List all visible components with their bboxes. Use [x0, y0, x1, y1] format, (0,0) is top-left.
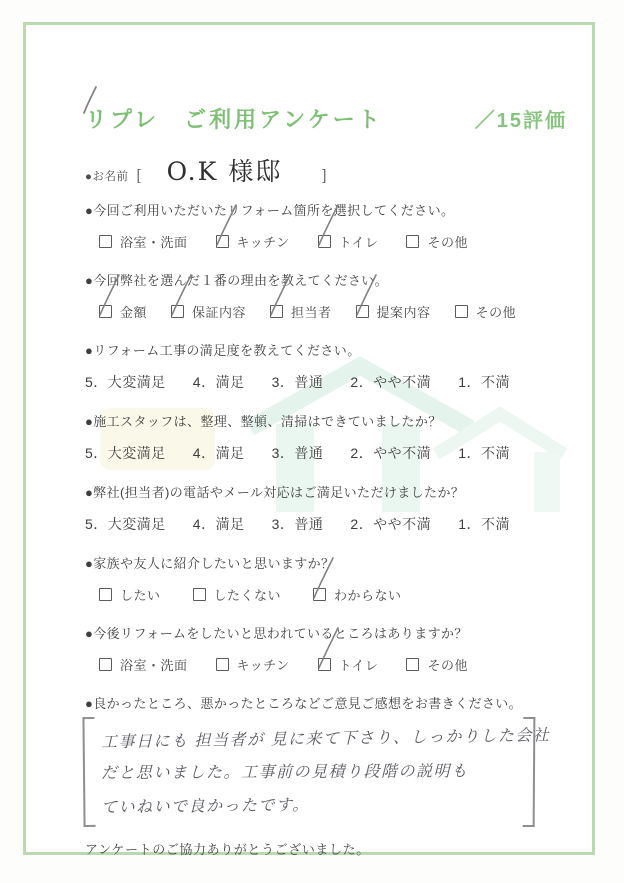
open-bracket: [ [136, 167, 140, 184]
option-label: トイレ [339, 655, 379, 674]
checkbox-option[interactable]: 金額 [99, 302, 147, 321]
rating-sep: ． [359, 514, 374, 534]
checkbox-icon[interactable] [216, 658, 229, 671]
rating-sep: ． [93, 372, 108, 392]
question-staff-tidiness: ●施工スタッフは、整理、整頓、清掃はできていましたか？ 5．大変満足 4．満足 … [85, 413, 567, 463]
rating-number[interactable]: 3 [272, 374, 280, 390]
question-label: ●今回弊社を選んだ１番の理由を教えてください。 [85, 272, 567, 290]
question-label: ●良かったところ、悪かったところなどご意見ご感想をお書きください。 [85, 695, 567, 713]
option-label: したくない [214, 585, 282, 604]
checkbox-checked-icon[interactable] [216, 235, 229, 248]
handwriting-line: だと思いました。工事前の見積り段階の説明も [101, 755, 521, 790]
rating-option[interactable]: 5．大変満足 [85, 443, 166, 463]
question-comments: ●良かったところ、悪かったところなどご意見ご感想をお書きください。 工事日にも … [85, 695, 567, 829]
checkbox-icon[interactable] [406, 658, 419, 671]
checkbox-checked-icon[interactable] [313, 588, 326, 601]
rating-option[interactable]: 3．普通 [272, 443, 324, 463]
header: リプレ ご利用アンケート ／15評価 [85, 103, 567, 134]
rating-option[interactable]: 1．不満 [458, 372, 510, 392]
rating-label: 満足 [216, 443, 245, 463]
rating-number-checked[interactable]: 5 [85, 374, 93, 390]
rating-label: やや不満 [373, 514, 431, 534]
score-label: ／15評価 [475, 104, 567, 133]
checkbox-icon[interactable] [455, 305, 468, 318]
question-label: ●施工スタッフは、整理、整頓、清掃はできていましたか？ [85, 413, 567, 431]
option-label: その他 [427, 232, 468, 251]
checkbox-option[interactable]: 提案内容 [356, 302, 431, 321]
checkbox-icon[interactable] [193, 588, 206, 601]
option-label: したい [120, 585, 161, 604]
rating-label: やや不満 [373, 443, 431, 463]
comment-box[interactable]: 工事日にも 担当者が 見に来て下さり、しっかりした会社 だと思いました。工事前の… [83, 717, 535, 829]
rating-label: 普通 [294, 372, 323, 392]
checkbox-checked-icon[interactable] [171, 305, 184, 318]
rating-number[interactable]: 1 [458, 516, 466, 532]
rating-number[interactable]: 1 [458, 445, 466, 461]
option-label: わからない [334, 585, 402, 604]
rating-number[interactable]: 2 [350, 445, 358, 461]
option-label: その他 [427, 655, 468, 674]
rating-sep: ． [93, 514, 108, 534]
checkbox-option[interactable]: したくない [193, 585, 282, 604]
rating-sep: ． [280, 372, 295, 392]
rating-number[interactable]: 3 [272, 516, 280, 532]
rating-sep: ． [466, 372, 481, 392]
option-label: その他 [476, 302, 517, 321]
option-label: キッチン [237, 232, 290, 251]
rating-sep: ． [466, 514, 481, 534]
question-work-satisfaction: ●リフォーム工事の満足度を教えてください。 5．大変満足 4．満足 3．普通 2… [85, 342, 567, 392]
rating-sep: ． [280, 514, 295, 534]
rating-label: 大変満足 [108, 443, 166, 463]
rating-number[interactable]: 4 [193, 374, 201, 390]
checkbox-option[interactable]: トイレ [318, 655, 379, 674]
question-reform-location: ●今回ご利用いただいたリフォーム箇所を選択してください。 浴室・洗面 キッチン … [85, 202, 567, 251]
checkbox-option[interactable]: キッチン [216, 232, 290, 251]
rating-option[interactable]: 5．大変満足 [85, 372, 166, 392]
rating-number[interactable]: 5 [85, 445, 93, 461]
question-label: ●リフォーム工事の満足度を教えてください。 [85, 342, 567, 360]
thank-you-message: アンケートのご協力ありがとうございました。 [85, 839, 567, 858]
checkbox-option[interactable]: トイレ [318, 232, 379, 251]
rating-option[interactable]: 1．不満 [458, 514, 510, 534]
question-reason-chosen: ●今回弊社を選んだ１番の理由を教えてください。 金額 保証内容 担当者 提案内容 [85, 272, 567, 321]
rating-option[interactable]: 4．満足 [193, 443, 245, 463]
rating-sep: ． [201, 443, 216, 463]
option-label: 金額 [120, 302, 147, 321]
rating-label: 普通 [294, 443, 323, 463]
option-label: 提案内容 [377, 302, 431, 321]
rating-option[interactable]: 5．大変満足 [85, 514, 166, 534]
rating-label: 大変満足 [108, 514, 166, 534]
checkbox-option[interactable]: 浴室・洗面 [99, 232, 188, 251]
option-label: 浴室・洗面 [120, 655, 188, 674]
rating-number-checked[interactable]: 5 [85, 516, 93, 532]
question-phone-mail-response: ●弊社(担当者)の電話やメール対応はご満足いただけましたか？ 5．大変満足 4．… [85, 484, 567, 534]
handwriting-line: 工事日にも 担当者が 見に来て下さり、しっかりした会社 [101, 720, 521, 760]
rating-number[interactable]: 2 [350, 374, 358, 390]
checkbox-option[interactable]: その他 [455, 302, 517, 321]
rating-number[interactable]: 2 [350, 516, 358, 532]
rating-number[interactable]: 4 [193, 516, 201, 532]
scanned-survey-page: リプレ ご利用アンケート ／15評価 ●お名前 [ O.K 様邸 ] ●今回ご利… [0, 0, 624, 883]
checkbox-checked-icon[interactable] [318, 658, 331, 671]
rating-option[interactable]: 4．満足 [193, 514, 245, 534]
handwriting-line: ていねいで良かったです。 [101, 786, 521, 824]
checkbox-icon[interactable] [406, 235, 419, 248]
rating-option[interactable]: 4．満足 [193, 372, 245, 392]
rating-number-checked[interactable]: 4 [193, 445, 201, 461]
question-label: ●弊社(担当者)の電話やメール対応はご満足いただけましたか？ [85, 484, 567, 502]
rating-label: 満足 [216, 372, 245, 392]
checkbox-option[interactable]: 浴室・洗面 [99, 655, 188, 674]
rating-label: 満足 [216, 514, 245, 534]
checkbox-option[interactable]: したい [99, 585, 161, 604]
checkbox-checked-icon[interactable] [318, 235, 331, 248]
rating-sep: ． [359, 443, 374, 463]
rating-number[interactable]: 3 [272, 445, 280, 461]
question-recommend: ●家族や友人に紹介したいと思いますか？ したい したくない わからない [85, 555, 567, 604]
rating-sep: ． [466, 443, 481, 463]
rating-sep: ． [280, 443, 295, 463]
rating-label: 普通 [294, 514, 323, 534]
rating-option[interactable]: 1．不満 [458, 443, 510, 463]
name-field-label: ●お名前 [85, 168, 128, 184]
comment-open-bracket [82, 717, 95, 827]
rating-label: やや不満 [373, 372, 431, 392]
rating-label: 不満 [481, 443, 510, 463]
rating-sep: ． [93, 443, 108, 463]
checkbox-icon[interactable] [99, 235, 112, 248]
checkbox-option[interactable]: その他 [406, 232, 468, 251]
checkbox-checked-icon[interactable] [99, 305, 112, 318]
rating-option[interactable]: 3．普通 [272, 514, 324, 534]
checkbox-option[interactable]: わからない [313, 585, 402, 604]
rating-number[interactable]: 1 [458, 374, 466, 390]
checkbox-checked-icon[interactable] [270, 305, 283, 318]
option-label: 担当者 [291, 302, 332, 321]
option-label: 浴室・洗面 [120, 232, 188, 251]
option-label: キッチン [237, 655, 290, 674]
rating-sep: ． [201, 372, 216, 392]
checkbox-icon[interactable] [99, 588, 112, 601]
page-title: リプレ ご利用アンケート [85, 103, 383, 134]
checkbox-checked-icon[interactable] [356, 305, 369, 318]
name-field-row: ●お名前 [ O.K 様邸 ] [85, 152, 567, 188]
rating-label: 不満 [481, 372, 510, 392]
question-future-reform: ●今後リフォームをしたいと思われているところはありますか？ 浴室・洗面 キッチン… [85, 625, 567, 674]
rating-sep: ． [201, 514, 216, 534]
checkbox-option[interactable]: 保証内容 [171, 302, 246, 321]
rating-option[interactable]: 3．普通 [272, 372, 324, 392]
rating-option[interactable]: 2．やや不満 [350, 443, 431, 463]
checkbox-icon[interactable] [99, 658, 112, 671]
option-label: トイレ [339, 232, 379, 251]
rating-option[interactable]: 2．やや不満 [350, 372, 431, 392]
rating-option[interactable]: 2．やや不満 [350, 514, 431, 534]
checkbox-option[interactable]: キッチン [216, 655, 290, 674]
customer-name-value: O.K 様邸 [167, 152, 283, 188]
close-bracket: ] [322, 167, 326, 184]
rating-label: 不満 [481, 514, 510, 534]
rating-label: 大変満足 [108, 372, 166, 392]
checkbox-option[interactable]: 担当者 [270, 302, 332, 321]
checkbox-option[interactable]: その他 [406, 655, 468, 674]
rating-sep: ． [359, 372, 374, 392]
option-label: 保証内容 [192, 302, 246, 321]
